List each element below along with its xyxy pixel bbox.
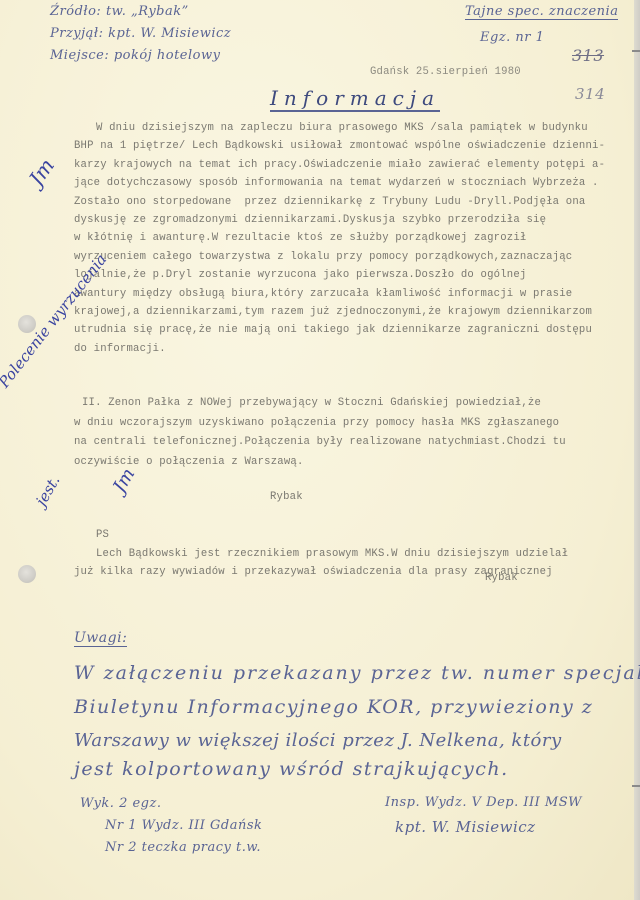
- signature-rybak-2: Rybak: [485, 572, 518, 584]
- typed-line: utrudnia się pracę,że nie mają oni takie…: [74, 324, 592, 336]
- classification-stamp: Tajne spec. znaczenia: [465, 4, 618, 20]
- remarks-line: Warszawy w większej ilości przez J. Nelk…: [74, 730, 562, 751]
- typed-line: II. Zenon Pałka z NOWej przebywający w S…: [82, 397, 541, 409]
- typed-line: karzy krajowych na temat ich pracy.Oświa…: [74, 159, 605, 171]
- punch-hole: [18, 565, 36, 583]
- edge-mark: [632, 50, 640, 52]
- edge-mark: [632, 785, 640, 787]
- remarks-line: W załączeniu przekazany przez tw. numer …: [74, 662, 640, 684]
- typed-line: BHP na 1 piętrze/ Lech Bądkowski usiłowa…: [74, 140, 605, 152]
- document-title: Informacja: [270, 86, 440, 112]
- remarks-line: Biuletynu Informacyjnego KOR, przywiezio…: [74, 696, 593, 718]
- typed-line: Zostało ono storpedowane przez dziennika…: [74, 196, 585, 208]
- signature-rybak: Rybak: [270, 491, 303, 503]
- typed-line: dyskusję ze zgromadzonymi dziennikarzami…: [74, 214, 546, 226]
- typed-line: jące dotychczasowy sposób informowania n…: [74, 177, 599, 189]
- officer-unit: Insp. Wydz. V Dep. III MSW: [385, 795, 582, 810]
- place-line: Miejsce: pokój hotelowy: [50, 48, 220, 63]
- typed-line: w dniu wczorajszym uzyskiwano połączenia…: [74, 417, 559, 429]
- typed-line: do informacji.: [74, 343, 166, 355]
- typed-line: awantury między obsługą biura,który zarz…: [74, 288, 572, 300]
- typed-line: oczywiście o połączenia z Warszawą.: [74, 456, 304, 468]
- typed-line: Lech Bądkowski jest rzecznikiem prasowym…: [96, 548, 568, 560]
- typed-line: krajowej,a dziennikarzami,tym razem już …: [74, 306, 592, 318]
- typed-line: wyrzuceniem całego towarzystwa z lokalu …: [74, 251, 572, 263]
- copy-number: Egz. nr 1: [480, 30, 544, 45]
- source-line: Źródło: tw. „Rybak”: [50, 4, 189, 19]
- distribution-item: Nr 1 Wydz. III Gdańsk: [105, 818, 262, 833]
- typed-line: w kłótnię i awanturę.W rezultacie ktoś z…: [74, 232, 526, 244]
- typed-line: na centrali telefonicznej.Połączenia był…: [74, 436, 566, 448]
- distribution-title: Wyk. 2 egz.: [80, 796, 161, 811]
- page-number: 314: [575, 85, 605, 103]
- typed-line: W dniu dzisiejszym na zapleczu biura pra…: [96, 122, 588, 134]
- page-edge: [634, 0, 640, 900]
- ps-label: PS: [96, 529, 109, 541]
- crossed-page-number: 313: [572, 46, 604, 65]
- date-line: Gdańsk 25.sierpień 1980: [370, 66, 521, 78]
- received-by-line: Przyjął: kpt. W. Misiewicz: [50, 26, 231, 41]
- remarks-label: Uwagi:: [74, 630, 127, 647]
- distribution-item: Nr 2 teczka pracy t.w.: [105, 840, 261, 855]
- remarks-line: jest kolportowany wśród strajkujących.: [74, 758, 509, 780]
- officer-name: kpt. W. Misiewicz: [395, 818, 536, 836]
- typed-line: lojalnie,że p.Dryl zostanie wyrzucona ja…: [74, 269, 526, 281]
- typed-line: już kilka razy wywiadów i przekazywał oś…: [74, 566, 553, 578]
